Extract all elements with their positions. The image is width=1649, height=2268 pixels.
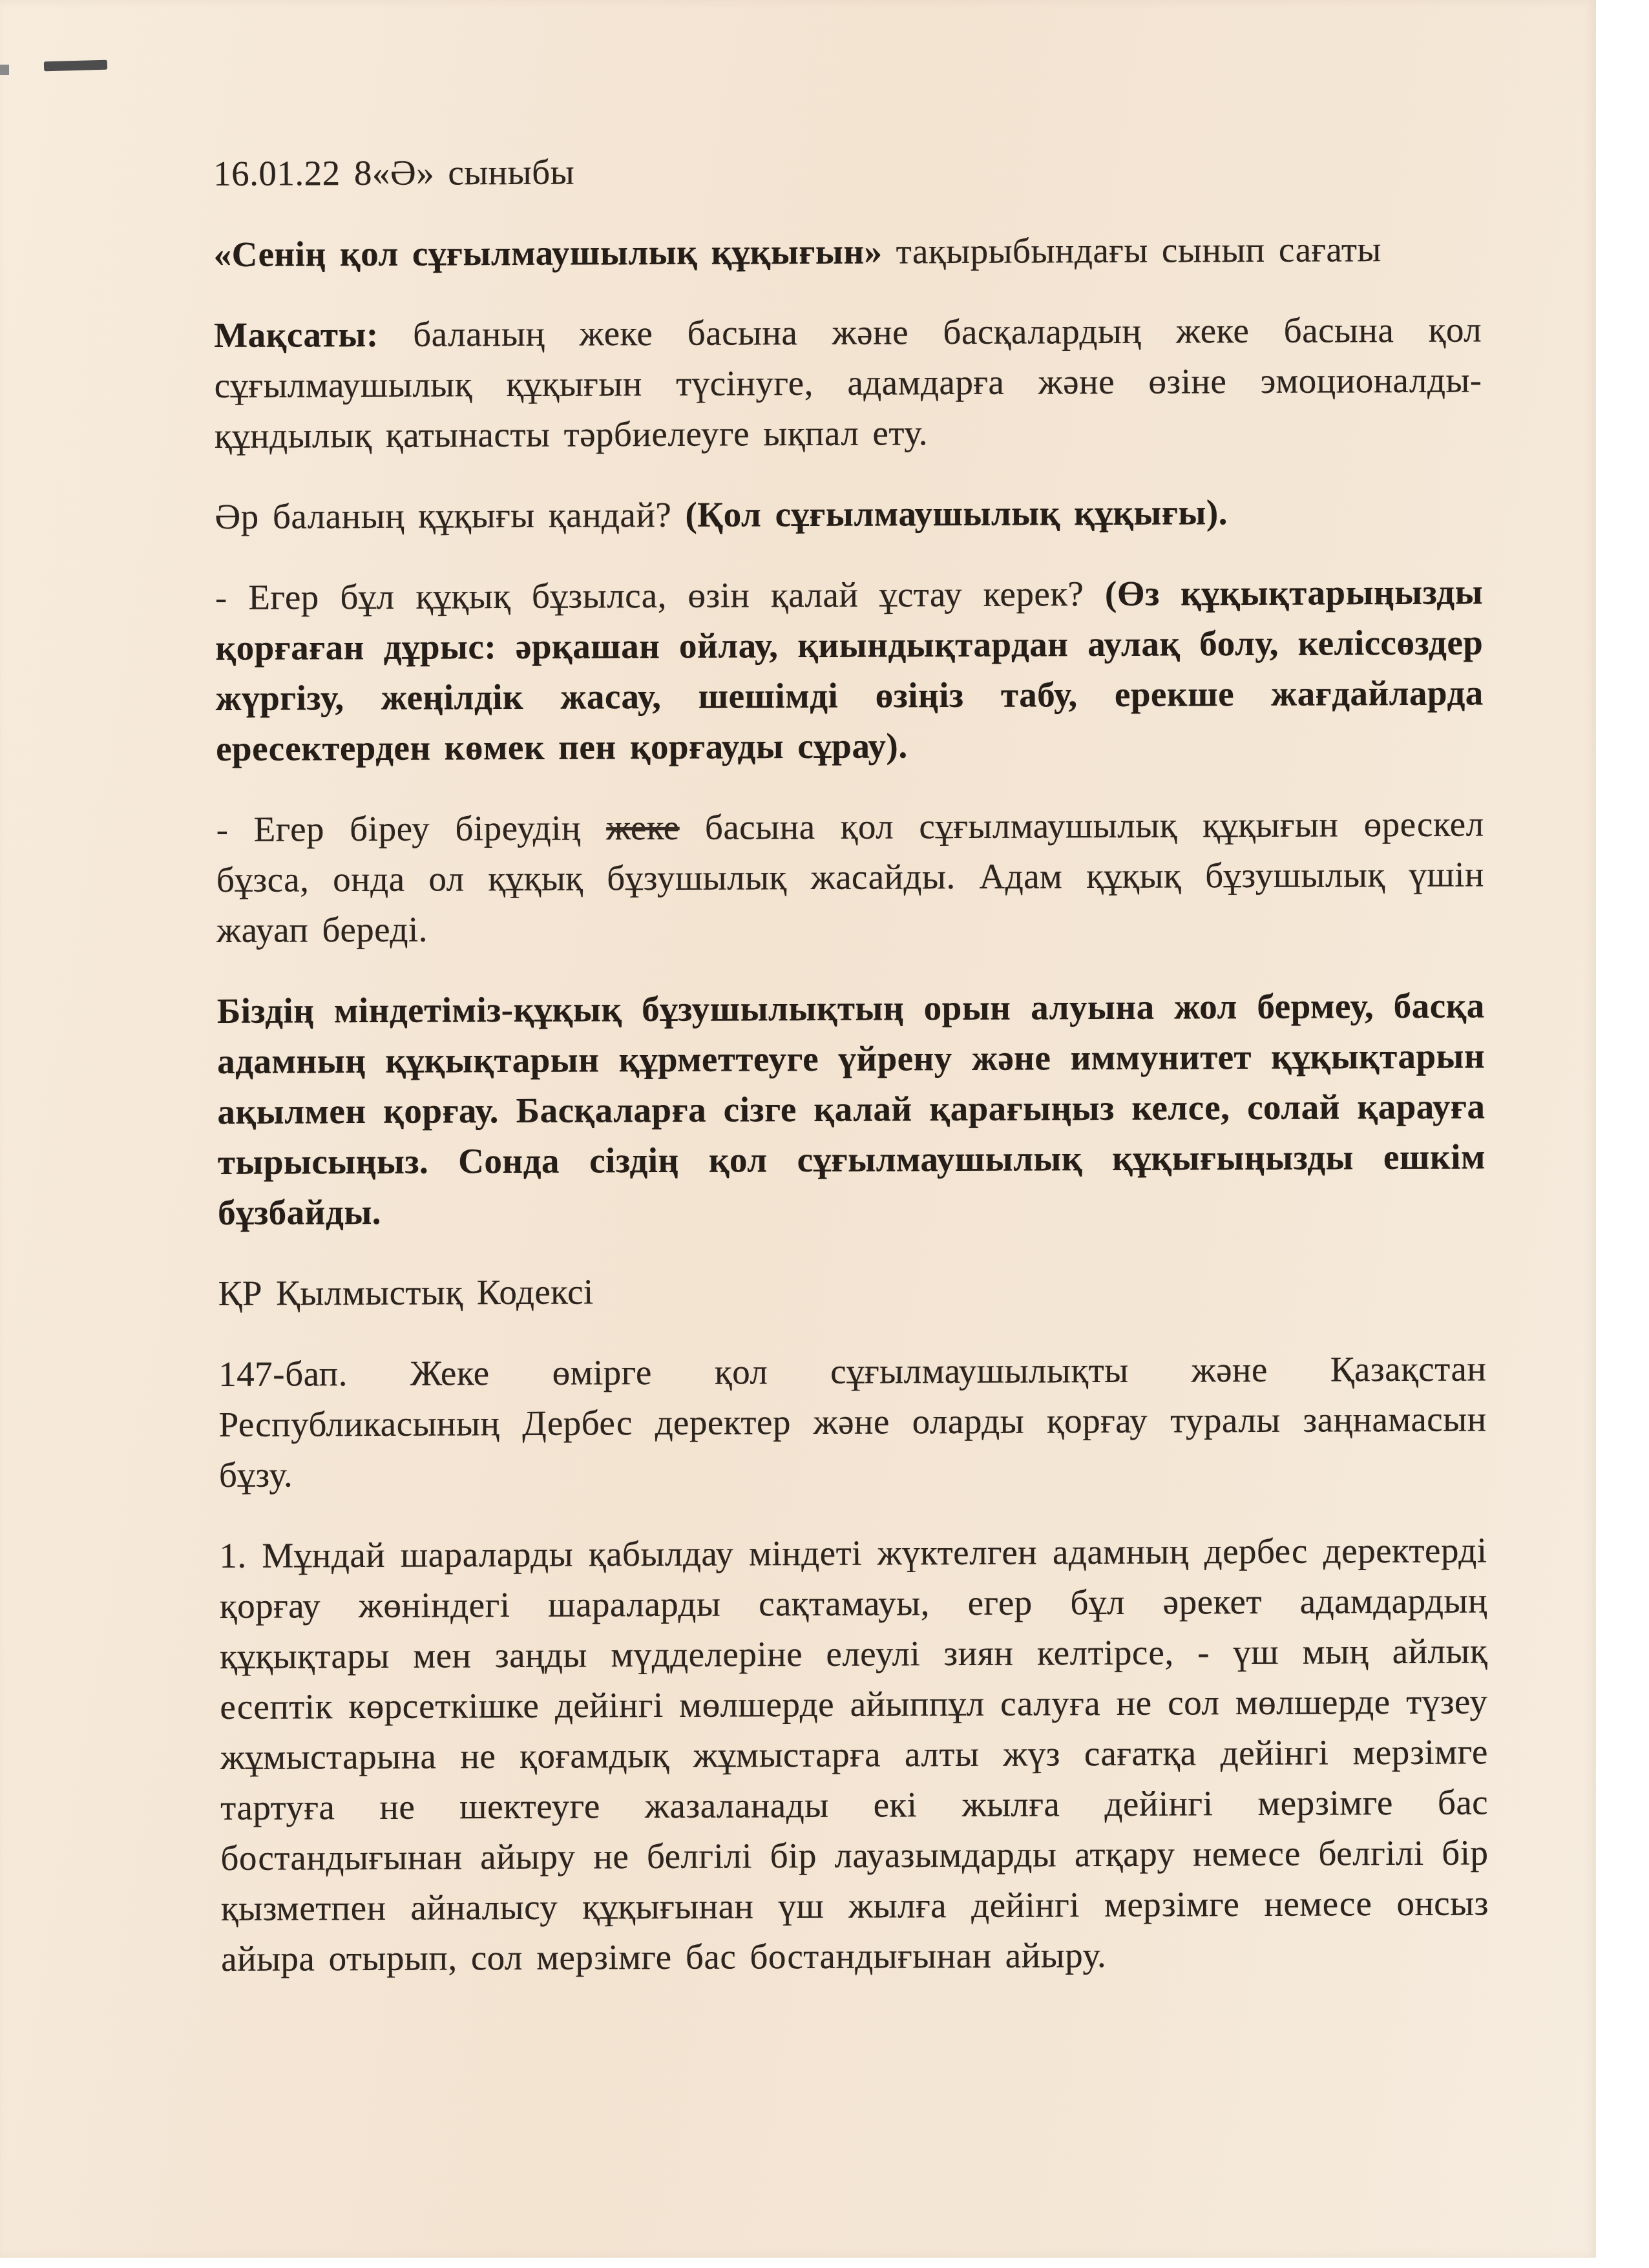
text-segment: 16.01.22 8«Ә» сыныбы bbox=[213, 152, 574, 193]
text-segment: баланың жеке басына және басқалардың жек… bbox=[214, 310, 1482, 456]
our-duty-paragraph: Біздің міндетіміз-құқық бұзушылықтың оры… bbox=[217, 980, 1486, 1238]
text-segment: Біздің міндетіміз-құқық бұзушылықтың оры… bbox=[217, 985, 1486, 1232]
text-segment: жеке bbox=[606, 808, 680, 847]
violation-consequence-paragraph: - Егер біреу біреудің жеке басына қол сұ… bbox=[216, 799, 1484, 956]
goal-paragraph: Мақсаты: баланың жеке басына және басқал… bbox=[214, 304, 1482, 461]
text-segment: Мақсаты: bbox=[214, 315, 379, 355]
if-right-violated-paragraph: - Егер бұл құқық бұзылса, өзін қалай ұст… bbox=[215, 567, 1484, 774]
criminal-code-heading: ҚР Қылмыстық Кодексі bbox=[218, 1263, 1486, 1319]
text-segment: тақырыбындағы сынып сағаты bbox=[882, 229, 1381, 271]
article-147-paragraph: 147-бап. Жеке өмірге қол сұғылмаушылықты… bbox=[218, 1343, 1487, 1500]
title-line: «Сенің қол сұғылмаушылық құқығын» тақыры… bbox=[214, 224, 1482, 280]
text-segment: - Егер бұл құқық бұзылса, өзін қалай ұст… bbox=[215, 574, 1105, 617]
text-segment: - Егер біреу біреудің bbox=[216, 808, 606, 849]
clause-1-paragraph: 1. Мұндай шараларды қабылдау міндеті жүк… bbox=[219, 1525, 1489, 1984]
text-segment: Әр баланың құқығы қандай? bbox=[215, 495, 685, 536]
text-segment: (Қол сұғылмаушылық құқығы). bbox=[685, 492, 1228, 534]
text-segment: 147-бап. Жеке өмірге қол сұғылмаушылықты… bbox=[218, 1349, 1487, 1495]
paper-sheet: 16.01.22 8«Ә» сыныбы«Сенің қол сұғылмауш… bbox=[0, 0, 1596, 2258]
scan-artifact-dash bbox=[44, 60, 107, 72]
date-class-line: 16.01.22 8«Ә» сыныбы bbox=[213, 143, 1481, 199]
document-text-block: 16.01.22 8«Ә» сыныбы«Сенің қол сұғылмауш… bbox=[213, 143, 1489, 2015]
text-segment: «Сенің қол сұғылмаушылық құқығын» bbox=[214, 231, 883, 274]
scan-edge-artifact bbox=[0, 65, 9, 75]
text-segment: ҚР Қылмыстық Кодексі bbox=[218, 1272, 594, 1313]
text-segment: 1. Мұндай шараларды қабылдау міндеті жүк… bbox=[219, 1530, 1489, 1979]
question-line: Әр баланың құқығы қандай? (Қол сұғылмауш… bbox=[215, 486, 1482, 542]
